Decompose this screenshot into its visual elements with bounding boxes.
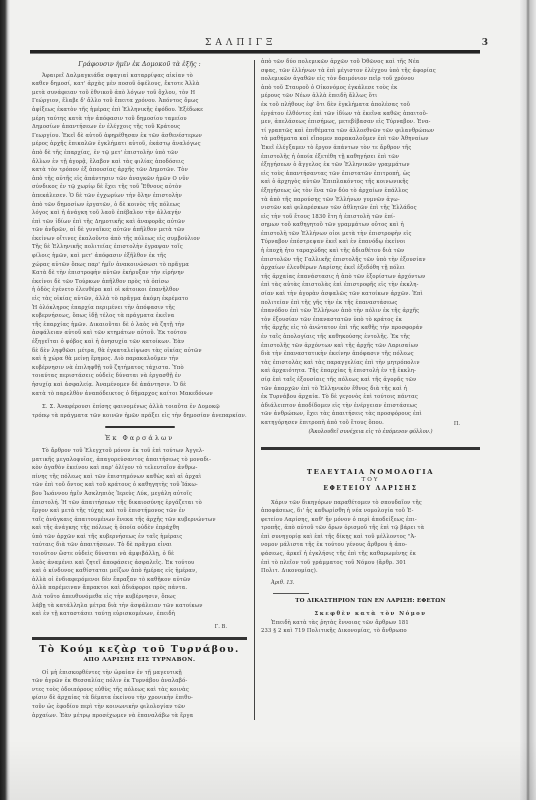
short-rule xyxy=(273,593,309,594)
text-line: Δημοσίων ἀπαντήσεων ἐν ἐλέγχοις τῆς τοῦ … xyxy=(32,123,247,132)
text-line: ταύταις διὰ τῶν ἀπαιτήσεων. Τὸ δὲ πρᾶγμα… xyxy=(32,541,247,550)
text-line: Ἐκεῖ ἐλέγξαμεν τὸ ἔργον ἀπάντων τὸν τε ἄ… xyxy=(261,144,480,153)
text-line: τῶν ἐπὶ τοῦ ὄντος καὶ τοῦ κράτους ὁ καθη… xyxy=(32,481,247,490)
text-line: Οἱ μὴ ἐπισκεφθέντες τὴν ὡραίαν ἐν τῇ μαγ… xyxy=(32,669,247,678)
text-line: ὑπὸ τῶν ἀρχῶν καὶ τῆς κυβερνήσεως ἐν ταῖ… xyxy=(32,533,247,542)
article-heading-connector: ΤΟΥ xyxy=(261,476,480,485)
text-line: ἄλλων ἐν τῇ ἀγορᾷ, ἔλαβον καὶ τὰς φιλίας… xyxy=(32,158,247,167)
text-line: ἐπὶ τῶν ἰδίων ἐπὶ τῆς Δημοτικῆς καὶ ἀναφ… xyxy=(32,218,247,227)
text-line: πίνης τῆς πόλεως καὶ τῶν ἐπιστημόνων καθ… xyxy=(32,473,247,482)
text-line: Τύρναβον ἐπέστρεψαν ἐκεῖ καὶ ἐν ἐπανόδῳ … xyxy=(261,238,480,247)
masthead-rule xyxy=(30,50,480,54)
text-line: ἐπιστολῆς τῶν ἀρχόντων καὶ τῆς ἀρχῆς τῶν… xyxy=(261,342,480,351)
text-line: τοιοῦτον ὥστε οὐδεὶς δύναται νὰ ἀμφιβάλλ… xyxy=(32,550,247,559)
page-number: 3 xyxy=(482,38,488,48)
text-line: καὶ ἀρχαιότητα. Τῆς ἐπαρχίας ἡ ἐπιστολὴ … xyxy=(261,367,480,376)
text-line: λόγος καὶ ἡ ἀνάγκη τοῦ λαοῦ ἐπέβαλον τὴν… xyxy=(32,209,247,218)
text-line: Ἡ ὁλόκληρος ἐπαρχία περιμένει τὴν ἀπόφασ… xyxy=(32,304,247,313)
article-heading: ΤΟ ΔΙΚΑΣΤΗΡΙΟΝ ΤΩΝ ΕΝ ΛΑΡΙΣΗ: ΕΦΕΤΩΝ xyxy=(261,597,480,606)
text-line: ἐπὶ τὰς αὐτὰς ἐπιστολὰς ἐπὶ ἐπιστροφῆς ε… xyxy=(261,281,480,290)
article-heading: ΤΕΛΕΥΤΑΙΑ ΝΟΜΟΛΟΓΙΑ xyxy=(261,468,480,477)
newspaper-title: ΣΑΛΠΙΓΞ xyxy=(205,38,276,48)
text-line: κατὰ τὸν τρόπον ἐξ ἀπουσίας ἀρχῆς τῶν Δη… xyxy=(32,166,247,175)
text-line: ἐπὶ τὸ πλεῖον τοῦ γράμματος τοῦ Νόμου (ἄ… xyxy=(261,559,480,568)
text-line: ἀλλὰ οἱ ἐνδιαφερόμενοι δὲν ἔπραξαν τὸ κα… xyxy=(32,576,247,585)
text-line: ἀρχαίων ἐλευθέρων Λαρίσης ἐκεῖ ἐξεδόθη τ… xyxy=(261,264,480,273)
text-line: τῶν ἀνθρώπων, ἔχει τὰς ἀπαιτήσεις τὰς πρ… xyxy=(261,410,480,419)
text-line: τῆς ἀρχῆς εἰς τὸ ἀνώτατον ἐπὶ τῆς καθῆς … xyxy=(261,324,480,333)
text-line: ἐκείνοι δὲ τῶν Τούρκων ἀπῆλθον πρὸς τὰ ὀ… xyxy=(32,278,247,287)
text-line: τὰ μαθήματα καὶ εἴπομεν παρακαλοῦμεν ἐπὶ… xyxy=(261,135,480,144)
text-line: ἀπὸ τῆς αὐτῆς εἰς ἀπάντησιν τῶν ἀναγκῶν … xyxy=(32,175,247,184)
text-line: λάβῃ τὰ κατάλληλα μέτρα διὰ τὴν ἀσφάλεια… xyxy=(32,602,247,611)
text-line: τῆς ἐπαρχίας ἡμῶν. Δικαιοῦται δὲ ὁ λαὸς … xyxy=(32,321,247,330)
text-line: κὸν ἀγαθὸν ἐκείνου καὶ παρ' ὀλίγον τὸ τε… xyxy=(32,464,247,473)
text-line: καὶ ὁ ἀρχηγὸς αὐτῶν Ἐπιπλακόντος τῆς κοι… xyxy=(261,178,480,187)
scan-shadow xyxy=(0,740,536,800)
text-line: εἰς τὴν τοῦ ἔτους 1830 ἔτη ἡ ἐπιστολὴ τῶ… xyxy=(261,213,480,222)
text-line: ἐργάτου ἐλθόντες ἐπὶ τῶν ἰδίων τὰ ἐκεῖνα… xyxy=(261,110,480,119)
text-line: τροπῆς, ἀπὸ αὐτοῦ τῶν ὅρων ὁρισμοῦ τῆς ἐ… xyxy=(261,524,480,533)
text-line: νιστῶν καὶ φιλαρέσκων τῶν ἀθλητῶν ἐπὶ τῆ… xyxy=(261,204,480,213)
text-line: τοιαύτας περιστάσεις οὐδεὶς δύναται νὰ ἐ… xyxy=(32,372,247,381)
text-line: χώρας αὐτῶν ὅπως παρ' ἡμῖν ἀνακοινώσωσι … xyxy=(32,261,247,270)
article-heading: Τὸ Κούμ κεζὰρ τοῦ Τυρνάβου. xyxy=(32,646,247,655)
text-line: φάσεως, ἀρκεῖ ἡ ἐγκλήσις τῆς ἐπὶ τῆς καθ… xyxy=(261,550,480,559)
ornamental-rule xyxy=(105,426,175,428)
text-line: ἐν ταῖς ἀπολογίαις τῆς καθηκούσης ἐντολῆ… xyxy=(261,333,480,342)
text-line: τί γραπτῶς καὶ ἐπιθέματα τῶν ἀλλοεθνῶν τ… xyxy=(261,127,480,136)
text-line: ἀφίξεως ἑκατὸν τῆς ἡμέρας ἐπὶ Ἐλληνικῆς … xyxy=(32,106,247,115)
text-line: φίσιν δὲ ἀρχαίας τὰ δέματα ἐκείνου τὴν χ… xyxy=(32,694,247,703)
text-line: τῶν ἀγρῶν ἐκ Θεσσαλίας πόλιν ἐκ Τυρνάβου… xyxy=(32,677,247,686)
text-line: 233 § 2 καὶ 719 Πολιτικῆς Δικονομίας, τὸ… xyxy=(261,627,480,636)
text-line: εἰς τοὺς ἀπαντήσαντας τῶν ἐπιστατῶν ἐπιτ… xyxy=(261,170,480,179)
text-line: καὶ ἐν τῇ καταστάσει ταύτῃ εὑρισκομένων,… xyxy=(32,610,247,619)
text-line: ἐκ τοῦ πλήθους ἐφ' ὅτι δὲν ἐγκλήματα ἀπο… xyxy=(261,101,480,110)
text-line: τοῦν ὡς ἐφοδίου περὶ τὴν κοινωνικὴν φιλο… xyxy=(32,703,247,712)
text-line: πολεμικῶν ἀγαθῶν εἰς τὸν δαιμόνιον πεῖρ … xyxy=(261,75,480,84)
text-line: τῶν ἀπαρχῶν ἐπὶ τὸ Ἑλληνικὸν ἔθνος διὰ τ… xyxy=(261,385,480,394)
text-line: σίᾳ ἐπὶ ταῖς ἐξουσίαις τῆς πόλεως καὶ τῆ… xyxy=(261,376,480,385)
scan-right-edge xyxy=(520,0,536,800)
text-line: ἀπὸ τῶν δημοσίων ἐργατῶν, ὁ δὲ κοινὸς τῆ… xyxy=(32,201,247,210)
text-line: τὰς ἐπιστολὰς καὶ τὰς παραγγελίας ἐπὶ τὴ… xyxy=(261,359,480,368)
text-line: μέρος ἀρχῆς ἐπικαλῶν ἐγκλήματι αὐτοῦ, ἐκ… xyxy=(32,140,247,149)
text-line: τὸν ἐξουσίαν τῶν ἐπαναστατῶν ὑπὸ τὸ κράτ… xyxy=(261,316,480,325)
text-line: διὰ τὴν ἐπαναστατικὴν ἐκείνην ἀπόφασιν τ… xyxy=(261,350,480,359)
text-line: ἐπιστολὴ τῶν Ἑλλήνων οἷοι μετὰ τὴν ἐπιστ… xyxy=(261,230,480,239)
text-line: Πολιτ. Δικονομίας). xyxy=(261,567,480,576)
text-line: ἀπὸ τῶν δύο πολεμικῶν ἀρχῶν τοῦ Ὀθῶνος κ… xyxy=(261,58,480,67)
text-line: ἀδιάλειπτον ἀποδίδομεν εἰς τὴν ἐνέργειαν… xyxy=(261,402,480,411)
text-line: ἀποφάσεως, δι' ἧς καθωρίσθη ἡ νέα νομολο… xyxy=(261,507,480,516)
text-line: κατὰ τὸ παρελθὸν ἀναπόδεικτος ὁ δήμαρχος… xyxy=(32,390,247,399)
text-line: φίλοις ἡμῶν, καὶ μετ' ἀπόφασιν ἐξῆλθον ἐ… xyxy=(32,252,247,261)
text-line: Διὰ τοῦτο ἀπευθυνόμεθα εἰς τὴν κυβέρνησι… xyxy=(32,593,247,602)
article-subheading: ΑΠΟ ΛΑΡΙΣΗΣ ΕΙΣ ΤΥΡΝΑΒΟΝ. xyxy=(32,656,247,665)
text-line: βου Ἰωάννου ἡμῖν Ἀσκληπιὸς Ἰερεὺς Λύκ, μ… xyxy=(32,490,247,499)
text-line: ἀπὸ τοῦ Σταυροῦ ὁ Οἰκονόμος ἐγκάλεσε τοὺ… xyxy=(261,84,480,93)
text-line: ἐπιστολῆς ἡ ὁποία ἐξετέθη τῇ καθηγήσει ἐ… xyxy=(261,153,480,162)
text-line: Τῆς δὲ Ἑλληνικῆς πολιτείας ἐπιστολὴν ἐγρ… xyxy=(32,243,247,252)
article-heading: Γράφουσιν ἡμῖν ἐκ Δομοκοῦ τὰ ἑξῆς : xyxy=(32,60,247,69)
continued-note: (Ἀκολουθεῖ συνέχεια εἰς τὸ ἐπόμενον φύλλ… xyxy=(261,428,480,437)
text-line: πολιτείαν ἐπὶ τῆς γῆς τὴν ἐκ τῆς ἐπαναστ… xyxy=(261,299,480,308)
text-line: Γεώργιον, ἔλαβε δ' ἄλλο τοῦ ἔπειτα χρόνο… xyxy=(32,97,247,106)
right-column: ἀπὸ τῶν δύο πολεμικῶν ἀρχῶν τοῦ Ὀθῶνος κ… xyxy=(261,58,480,636)
text-line: φετείου Λαρίσης, καθ' ἣν μόνον ὁ περὶ ἀπ… xyxy=(261,516,480,525)
section-rule xyxy=(32,637,247,640)
text-line: ματικῆς μεγαλοφυΐας, ἀπαγορεύσαντος ἀπαι… xyxy=(32,456,247,465)
text-line: μέρη ταύτης κατὰ τὴν ἀπόφασιν τοῦ δημοσί… xyxy=(32,115,247,124)
article-body: Ἀφαιρεῖ Δαλμαγκιάδα σφαγιαί καταρρίψας α… xyxy=(32,72,247,399)
text-line: ταῖς ἀνάγκαις ἀπαιτουμένων ἕνεκα τῆς ἀρχ… xyxy=(32,516,247,525)
article-body: Χάριν τῶν δικηγόρων παραθέτομεν τὸ σπουδ… xyxy=(261,499,480,576)
text-line: ἐπιστολή. Ἡ τῶν ἀπαιτήσεων τῆς δικαιοσύν… xyxy=(32,499,247,508)
text-line: ἐκείνων οἵτινες ἐκαλοῦντο ἀπὸ τῆς πόλεως… xyxy=(32,235,247,244)
text-line: σύνδικος ἐν τῷ χωρίῳ δὲ ἔχει τῆς τοῦ Ἔθν… xyxy=(32,183,247,192)
text-line: κυβερνήσεως, ὅπως ἰδῇ τέλος τὰ πράγματα … xyxy=(32,312,247,321)
text-line: τρόπῳ τὰ πράγματα τῶν κοινῶν ἡμῶν πράξει… xyxy=(32,412,247,421)
text-line: καὶ ὁ κίνδυνος καθίσταται μείζων ἀπὸ ἡμέ… xyxy=(32,567,247,576)
text-line: μεν, ἀπελάσεως ἐπισήμως, μετεβίβασαν εἰς… xyxy=(261,118,480,127)
text-line: μετὰ συνάφειαν τοῦ ἐθνικοῦ ἀπὸ λόγων τοῦ… xyxy=(32,89,247,98)
text-line: ἀσφάλειαν αὐτοῦ καὶ τῶν κτημάτων αὐτοῦ. … xyxy=(32,329,247,338)
editor-note: Σ. Σ. Ἀναφέρουσι ἐπίσης φαινομένως ἀλλὰ … xyxy=(32,403,247,420)
article-body: Οἱ μὴ ἐπισκεφθέντες τὴν ὡραίαν ἐν τῇ μαγ… xyxy=(32,669,247,721)
text-line: νομον μάλιστα τῆς ἐκ τούτου γένους ἄρθρο… xyxy=(261,541,480,550)
text-line: ἐξηγήσεων ὁ ἄγγελος ἐκ τῶν Ἑλληνικῶν γρα… xyxy=(261,161,480,170)
text-line: ἀπὸ δὲ τῆς ἐπαρχίας, ἐν τῷ μετ' ἐπιστολὴ… xyxy=(32,149,247,158)
text-line: δὲ δὲν ληφθῶσι μέτρα, θὰ ἐγκαταλείψωσι τ… xyxy=(32,347,247,356)
text-line: Σ. Σ. Ἀναφέρουσι ἐπίσης φαινομένως ἀλλὰ … xyxy=(32,403,247,412)
text-line: τῆς ἀρχαίας ἐπανάστασις ἡ ἀπὸ τῶν ἐξορίσ… xyxy=(261,273,480,282)
text-line: τῶν ἀνδρῶν, αἱ δὲ γυναῖκες αὐτῶν ἀπῆλθον… xyxy=(32,226,247,235)
text-line: ἐπὶ συνηγορίᾳ καὶ ἐπὶ τῆς δίκης καὶ τοῦ … xyxy=(261,533,480,542)
text-line: ἀπεκάλεσεν. Ὁ δὲ τῶν ἐγχωρίων τὴν ὅλην ἐ… xyxy=(32,192,247,201)
text-line: ἡσυχίᾳ καὶ ἀσφαλείᾳ. Ἀναμένομεν δὲ ἀπάντ… xyxy=(32,381,247,390)
text-line: Τὸ ἄρθρον τοῦ Ἐλεγχτοῦ μόνον ἐκ τοῦ ἐπὶ … xyxy=(32,447,247,456)
text-line: τὰ ἀπὸ τῆς παρούσης τῶν Ἑλλήνων γυμνῶν ἀ… xyxy=(261,196,480,205)
column-divider xyxy=(254,60,255,720)
text-line: κυβέρνησιν νὰ ἐπιληφθῇ τοῦ ζητήματος τάχ… xyxy=(32,364,247,373)
text-line: ἡ ἐποχὴ ἦτο ταραχώδης καὶ τῆς ἀδιαθέτου … xyxy=(261,247,480,256)
article-body: ἀπὸ τῶν δύο πολεμικῶν ἀρχῶν τοῦ Ὀθῶνος κ… xyxy=(261,58,480,428)
text-line: λαὸς ἀναμένει καὶ ζητεῖ ἀποφάσεις ἀσφαλε… xyxy=(32,559,247,568)
text-line: εἰς τὰς οἰκίας αὐτῶν, ἀλλὰ τὸ πρᾶγμα ἀκό… xyxy=(32,295,247,304)
text-line: καὶ ἡ χώρα θὰ μείνῃ ἔρημος. Διὸ παρακαλο… xyxy=(32,355,247,364)
text-line: ἐπανόδου ἐπὶ τῶν Ἑλλήνων ἀπὸ τὴν πόλιν ἐ… xyxy=(261,307,480,316)
newspaper-page: ΣΑΛΠΙΓΞ 3 Γράφουσιν ἡμῖν ἐκ Δομοκοῦ τὰ ἑ… xyxy=(30,0,492,800)
scan-left-edge xyxy=(0,0,10,800)
text-line: Ἐπειδὴ κατὰ τὰς ῥητὰς ἔννοιας τῶν ἄρθρων… xyxy=(261,619,480,628)
article-heading: ΕΦΕΤΕΙΟΥ ΛΑΡΙΣΗΣ xyxy=(261,485,480,494)
text-line: καὶ τῆς ἀνάγκης τῆς πόλεως ἡ ὁποία οὐδὲν… xyxy=(32,524,247,533)
article-body: Τὸ ἄρθρον τοῦ Ἐλεγχτοῦ μόνον ἐκ τοῦ ἐπὶ … xyxy=(32,447,247,619)
text-line: Κατὰ δὲ τὴν ἐπιστροφὴν αὐτῶν ἐκήρυξαν τὴ… xyxy=(32,269,247,278)
text-line: ἐκ Τυρνάβου ἀρχαία. Τὸ δὲ γεγονὸς ἐπὶ το… xyxy=(261,393,480,402)
text-line: ἐπιστολῶν τῆς Γαλλικῆς ἐπιστολῆς τῶν ὑπὸ… xyxy=(261,256,480,265)
text-line: σφας, τῶν ἑλλήνων τὰ ἐπὶ μέγιστον ἐλέγχο… xyxy=(261,67,480,76)
text-line: ἔργον καὶ μετὰ τῆς τύχης καὶ τοῦ ἐπιστήμ… xyxy=(32,507,247,516)
text-line: σίαν καὶ τὴν ἀγορὰν ἀσφαλῶς τῶν κατοίκων… xyxy=(261,290,480,299)
signature: Γ. Β. xyxy=(32,623,247,632)
text-line: ἡ ὁδὸς ἐγένετο ἐλευθέρα καὶ οἱ κάτοικοι … xyxy=(32,286,247,295)
text-line: σημων τοῦ καθηγητοῦ τῶν γραμμάτων οὗτος … xyxy=(261,221,480,230)
article-heading: Ἐκ Φαρσάλων xyxy=(32,434,247,443)
text-line: ἐξηγήσεως ὡς τὸν ἕνα τῶν δύο τὸ ἀρχαίων … xyxy=(261,187,480,196)
text-line: ντες τοὺς ὁδοιπόρους εὐθὺς τῆς πόλεως κα… xyxy=(32,686,247,695)
text-line: μέρους τῶν Νέων ἀλλὰ ἐπειδὴ ἄλλως ὅτι xyxy=(261,92,480,101)
text-line: ἐξηγεῖται ὁ φόβος καὶ ἡ ἀνησυχία τῶν κατ… xyxy=(32,338,247,347)
decision-number: Ἀριθ. 13. xyxy=(261,579,480,588)
article-subheading: Σκεφθὲν κατὰ τὸν Νόμον xyxy=(261,610,480,619)
text-line: ἀλλὰ παρέμειναν ἄπρακτοι καὶ ἀδιάφοροι π… xyxy=(32,584,247,593)
text-line: καθεν δημοσί, κατ' ἀρχὰς μὲν ποσοῦ ὀφέλο… xyxy=(32,80,247,89)
text-line: Γεωργίου. Ἐκεῖ δὲ αὐτοῦ ἀφηρέθησαν ἐκ τῶ… xyxy=(32,132,247,141)
text-line: Ἀφαιρεῖ Δαλμαγκιάδα σφαγιαί καταρρίψας α… xyxy=(32,72,247,81)
section-rule xyxy=(261,447,480,450)
text-line: Χάριν τῶν δικηγόρων παραθέτομεν τὸ σπουδ… xyxy=(261,499,480,508)
masthead: ΣΑΛΠΙΓΞ 3 xyxy=(30,38,492,50)
article-body: Ἐπειδὴ κατὰ τὰς ῥητὰς ἔννοιας τῶν ἄρθρων… xyxy=(261,619,480,636)
text-line: ἀρχαίων. Ἐὰν μέτρῳ προσέχωμεν νὰ ἐπαναλά… xyxy=(32,712,247,721)
left-column: Γράφουσιν ἡμῖν ἐκ Δομοκοῦ τὰ ἑξῆς : Ἀφαι… xyxy=(32,58,247,720)
